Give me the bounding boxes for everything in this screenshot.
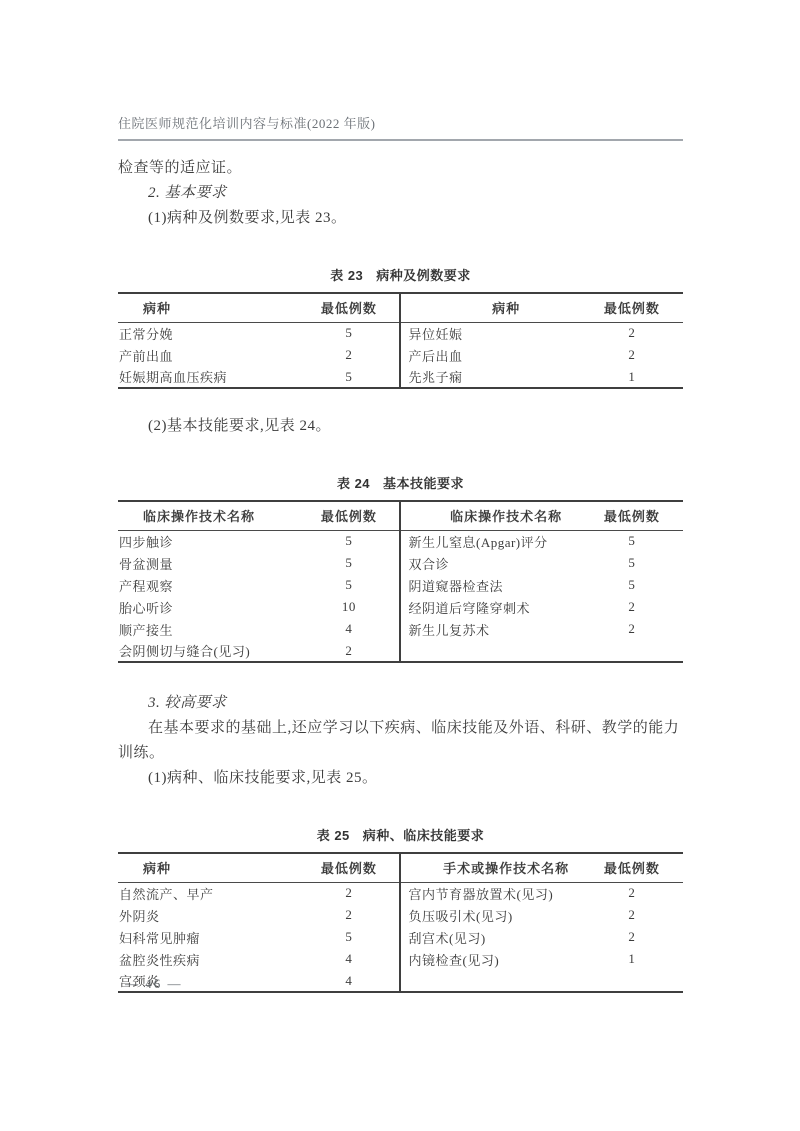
name-cell: 骨盆测量 — [118, 552, 298, 574]
table-row: 四步触诊5新生儿窒息(Apgar)评分5 — [118, 530, 683, 552]
table-row: 产程观察5阴道窥器检查法5 — [118, 574, 683, 596]
page-number: — 46 — — [125, 976, 183, 992]
min-cases-cell: 2 — [298, 882, 400, 904]
item-3-1: (1)病种、临床技能要求,见表 25。 — [118, 766, 683, 791]
table-24-title: 表 24基本技能要求 — [118, 473, 683, 492]
paragraph-continuation: 检查等的适应证。 — [118, 156, 683, 181]
table-24: 临床操作技术名称 最低例数 临床操作技术名称 最低例数 四步触诊5新生儿窒息(A… — [118, 500, 683, 663]
table-row: 外阴炎2负压吸引术(见习)2 — [118, 904, 683, 926]
table-row: 自然流产、早产2宫内节育器放置术(见习)2 — [118, 882, 683, 904]
min-cases-cell: 2 — [581, 596, 683, 618]
name-cell: 先兆子痫 — [400, 366, 580, 388]
column-header-disease: 病种 — [118, 293, 298, 322]
name-cell: 宫内节育器放置术(见习) — [400, 882, 580, 904]
column-header-skill: 临床操作技术名称 — [400, 501, 580, 530]
table-row: 妊娠期高血压疾病5先兆子痫1 — [118, 366, 683, 388]
min-cases-cell: 10 — [298, 596, 400, 618]
min-cases-cell: 2 — [581, 926, 683, 948]
name-cell: 阴道窥器检查法 — [400, 574, 580, 596]
name-cell: 内镜检查(见习) — [400, 948, 580, 970]
name-cell: 外阴炎 — [118, 904, 298, 926]
table-23-title: 表 23病种及例数要求 — [118, 265, 683, 284]
section-3-text: 3. 较高要求 在基本要求的基础上,还应学习以下疾病、临床技能及外语、科研、教学… — [118, 691, 683, 791]
name-cell: 双合诊 — [400, 552, 580, 574]
min-cases-cell: 2 — [581, 904, 683, 926]
min-cases-cell: 5 — [581, 574, 683, 596]
min-cases-cell — [581, 970, 683, 992]
column-header-disease: 病种 — [400, 293, 580, 322]
table-row: 会阴侧切与缝合(见习)2 — [118, 640, 683, 662]
min-cases-cell: 5 — [298, 574, 400, 596]
table-24-caption: 基本技能要求 — [383, 476, 464, 491]
name-cell: 会阴侧切与缝合(见习) — [118, 640, 298, 662]
min-cases-cell: 5 — [298, 322, 400, 344]
name-cell: 正常分娩 — [118, 322, 298, 344]
document-page: 住院医师规范化培训内容与标准(2022 年版) 检查等的适应证。 2. 基本要求… — [0, 0, 800, 1131]
running-header: 住院医师规范化培训内容与标准(2022 年版) — [118, 113, 683, 141]
table-25-caption: 病种、临床技能要求 — [363, 828, 485, 843]
name-cell — [400, 640, 580, 662]
name-cell: 顺产接生 — [118, 618, 298, 640]
table-row: 妇科常见肿瘤5刮宫术(见习)2 — [118, 926, 683, 948]
name-cell: 妊娠期高血压疾病 — [118, 366, 298, 388]
min-cases-cell: 5 — [298, 552, 400, 574]
table-row: 顺产接生4新生儿复苏术2 — [118, 618, 683, 640]
min-cases-cell: 4 — [298, 948, 400, 970]
name-cell: 刮宫术(见习) — [400, 926, 580, 948]
section-2-heading: 2. 基本要求 — [118, 181, 683, 206]
table-row: 正常分娩5异位妊娠2 — [118, 322, 683, 344]
column-header-min-cases: 最低例数 — [581, 853, 683, 882]
min-cases-cell: 4 — [298, 618, 400, 640]
min-cases-cell — [581, 640, 683, 662]
column-header-min-cases: 最低例数 — [298, 501, 400, 530]
name-cell: 四步触诊 — [118, 530, 298, 552]
page-content: 住院医师规范化培训内容与标准(2022 年版) 检查等的适应证。 2. 基本要求… — [118, 113, 683, 993]
table-25-block: 表 25病种、临床技能要求 病种 最低例数 手术或操作技术名称 最低例数 自然流… — [118, 825, 683, 993]
name-cell: 产后出血 — [400, 344, 580, 366]
min-cases-cell: 2 — [298, 904, 400, 926]
min-cases-cell: 5 — [581, 552, 683, 574]
min-cases-cell: 5 — [298, 366, 400, 388]
name-cell: 妇科常见肿瘤 — [118, 926, 298, 948]
name-cell — [400, 970, 580, 992]
item-2-1: (1)病种及例数要求,见表 23。 — [118, 206, 683, 231]
name-cell: 胎心听诊 — [118, 596, 298, 618]
column-header-min-cases: 最低例数 — [581, 501, 683, 530]
table-25-label: 表 25 — [317, 828, 350, 843]
min-cases-cell: 2 — [298, 640, 400, 662]
table-row: 骨盆测量5双合诊5 — [118, 552, 683, 574]
table-row: 盆腔炎性疾病4内镜检查(见习)1 — [118, 948, 683, 970]
table-25-header-row: 病种 最低例数 手术或操作技术名称 最低例数 — [118, 853, 683, 882]
table-25: 病种 最低例数 手术或操作技术名称 最低例数 自然流产、早产2宫内节育器放置术(… — [118, 852, 683, 993]
column-header-min-cases: 最低例数 — [298, 293, 400, 322]
name-cell: 自然流产、早产 — [118, 882, 298, 904]
name-cell: 经阴道后穹隆穿刺术 — [400, 596, 580, 618]
min-cases-cell: 5 — [298, 926, 400, 948]
column-header-disease: 病种 — [118, 853, 298, 882]
column-header-skill: 临床操作技术名称 — [118, 501, 298, 530]
table-23-caption: 病种及例数要求 — [376, 268, 471, 283]
table-25-title: 表 25病种、临床技能要求 — [118, 825, 683, 844]
min-cases-cell: 5 — [581, 530, 683, 552]
min-cases-cell: 1 — [581, 948, 683, 970]
min-cases-cell: 2 — [581, 322, 683, 344]
column-header-min-cases: 最低例数 — [298, 853, 400, 882]
name-cell: 产程观察 — [118, 574, 298, 596]
table-24-block: 表 24基本技能要求 临床操作技术名称 最低例数 临床操作技术名称 最低例数 四… — [118, 473, 683, 663]
table-23: 病种 最低例数 病种 最低例数 正常分娩5异位妊娠2产前出血2产后出血2妊娠期高… — [118, 292, 683, 389]
body-text: 检查等的适应证。 2. 基本要求 (1)病种及例数要求,见表 23。 — [118, 156, 683, 231]
min-cases-cell: 2 — [581, 882, 683, 904]
table-23-block: 表 23病种及例数要求 病种 最低例数 病种 最低例数 正常分娩5异位妊娠2产前… — [118, 265, 683, 389]
name-cell: 异位妊娠 — [400, 322, 580, 344]
min-cases-cell: 5 — [298, 530, 400, 552]
table-row: 胎心听诊10经阴道后穹隆穿刺术2 — [118, 596, 683, 618]
name-cell: 新生儿窒息(Apgar)评分 — [400, 530, 580, 552]
min-cases-cell: 2 — [581, 618, 683, 640]
name-cell: 产前出血 — [118, 344, 298, 366]
table-24-header-row: 临床操作技术名称 最低例数 临床操作技术名称 最低例数 — [118, 501, 683, 530]
table-row: 产前出血2产后出血2 — [118, 344, 683, 366]
table-24-label: 表 24 — [337, 476, 370, 491]
min-cases-cell: 2 — [581, 344, 683, 366]
min-cases-cell: 1 — [581, 366, 683, 388]
section-3-heading: 3. 较高要求 — [118, 691, 683, 716]
section-3-paragraph: 在基本要求的基础上,还应学习以下疾病、临床技能及外语、科研、教学的能力训练。 — [118, 716, 683, 766]
name-cell: 盆腔炎性疾病 — [118, 948, 298, 970]
table-row: 宫颈炎4 — [118, 970, 683, 992]
min-cases-cell: 4 — [298, 970, 400, 992]
name-cell: 负压吸引术(见习) — [400, 904, 580, 926]
column-header-min-cases: 最低例数 — [581, 293, 683, 322]
item-2-2: (2)基本技能要求,见表 24。 — [118, 414, 683, 439]
name-cell: 新生儿复苏术 — [400, 618, 580, 640]
min-cases-cell: 2 — [298, 344, 400, 366]
table-23-label: 表 23 — [330, 268, 363, 283]
column-header-operation: 手术或操作技术名称 — [400, 853, 580, 882]
table-23-header-row: 病种 最低例数 病种 最低例数 — [118, 293, 683, 322]
